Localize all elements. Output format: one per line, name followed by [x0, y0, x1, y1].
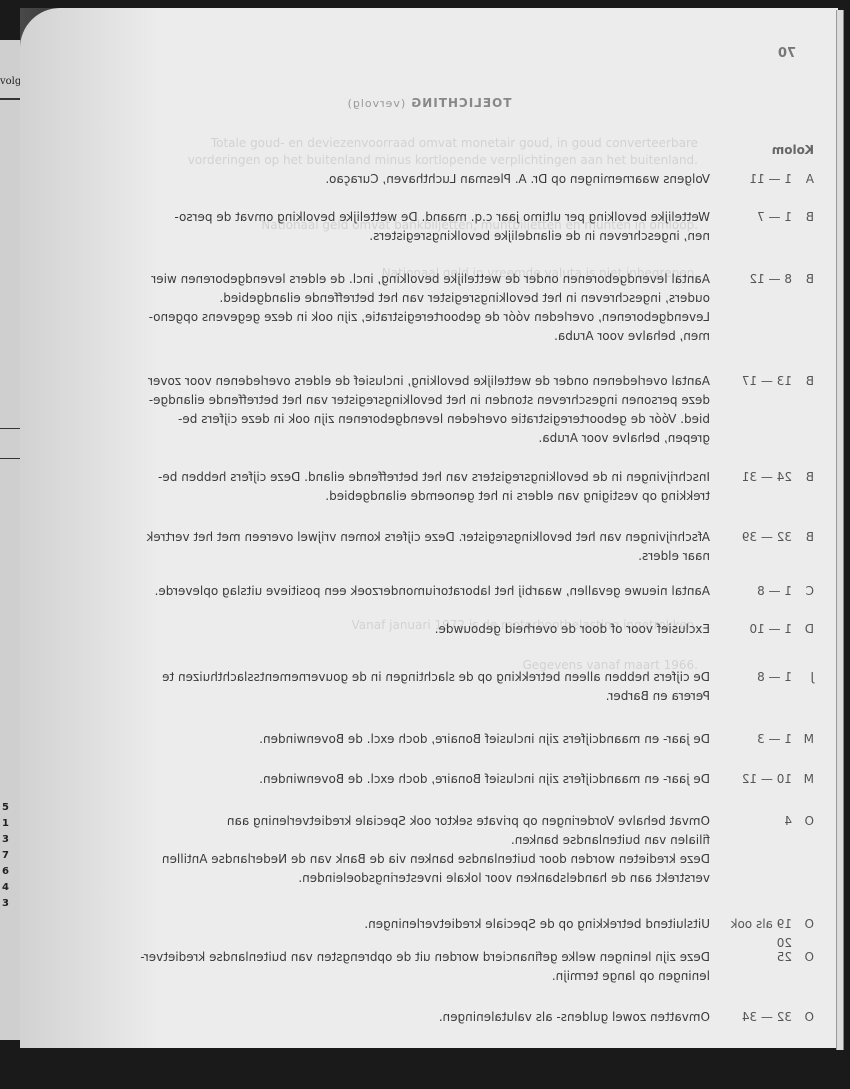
table-letter: A [794, 170, 814, 189]
explanation-line: naar elders. [90, 547, 710, 566]
explanation-line: Omvatten zowel guldens- als valutalening… [90, 1008, 710, 1027]
explanation-line: grepen, behalve voor Aruba. [90, 429, 710, 448]
explanation-text: De cijfers hebben alleen betrekking op d… [90, 668, 710, 706]
column-range: 25 [712, 948, 792, 967]
explanation-line: Deze kredieten worden door buitenlandse … [90, 850, 710, 869]
explanation-line: bied. Vóór de geboorteregistratie overle… [90, 410, 710, 429]
divider [0, 98, 20, 100]
table-letter: B [794, 208, 814, 227]
table-letter: O [794, 812, 814, 831]
title-continuation: (vervolg) [347, 97, 406, 110]
explanation-text: Deze zijn leningen welke gefinancierd wo… [90, 948, 710, 986]
explanation-line: trekking op vestiging van elders in het … [90, 487, 710, 506]
column-range: 32 — 39 [712, 528, 792, 547]
page-stack-edge [836, 10, 844, 1050]
adjacent-page-number: 3 [2, 896, 18, 912]
explanation-line: deze personen ingeschreven stonden in he… [90, 391, 710, 410]
adjacent-page-number: 3 [2, 832, 18, 848]
explanation-line: Aantal levendgeborenen onder de wettelij… [90, 270, 710, 289]
explanation-text: Afschrijvingen van het bevolkingsregiste… [90, 528, 710, 566]
column-range: 1 — 8 [712, 668, 792, 687]
table-letter: D [794, 620, 814, 639]
adjacent-page-header-fragment: volg [0, 76, 21, 87]
explanation-line: men, behalve voor Aruba. [90, 327, 710, 346]
column-range: 4 [712, 812, 792, 831]
table-letter: M [794, 770, 814, 789]
column-range: 13 — 17 [712, 372, 792, 391]
adjacent-page-number: 6 [2, 864, 18, 880]
explanation-line: De jaar- en maandcijfers zijn inclusief … [90, 770, 710, 789]
adjacent-page-number: 5 [2, 800, 18, 816]
adjacent-page-number: 1 [2, 816, 18, 832]
page-gutter-shadow [20, 8, 160, 1048]
table-letter: C [794, 582, 814, 601]
explanation-line: Uitsluitend betrekking op de Speciale kr… [90, 915, 710, 934]
column-range: 24 — 31 [712, 468, 792, 487]
explanation-line: Volgens waarnemingen op Dr. A. Plesman L… [90, 170, 710, 189]
explanation-text: Volgens waarnemingen op Dr. A. Plesman L… [90, 170, 710, 189]
adjacent-page-edge: volg 5137643 [0, 40, 22, 1040]
explanation-line: De jaar- en maandcijfers zijn inclusief … [90, 730, 710, 749]
explanation-line: Aantal overledenen onder de wettelijke b… [90, 372, 710, 391]
column-range: 1 — 7 [712, 208, 792, 227]
adjacent-page-number: 4 [2, 880, 18, 896]
column-range: 1 — 3 [712, 730, 792, 749]
table-letter: B [794, 270, 814, 289]
explanation-line: ouders, ingeschreven in het bevolkingsre… [90, 289, 710, 308]
column-range: 1 — 10 [712, 620, 792, 639]
explanation-line: Exclusief voor of door de overheid gebou… [90, 620, 710, 639]
adjacent-page-numbers: 5137643 [2, 800, 18, 912]
explanation-line: Deze zijn leningen welke gefinancierd wo… [90, 948, 710, 967]
explanation-line: nen, ingeschreven in de eilandelijke bev… [90, 227, 710, 246]
column-header: Kolom [772, 143, 814, 157]
explanation-text: De jaar- en maandcijfers zijn inclusief … [90, 730, 710, 749]
adjacent-page-number: 7 [2, 848, 18, 864]
explanation-line: De cijfers hebben alleen betrekking op d… [90, 668, 710, 687]
page-number: 70 [778, 46, 796, 61]
explanation-text: Wettelijke bevolking per ultimo jaar c.q… [90, 208, 710, 246]
explanation-text: Inschrijvingen in de bevolkingsregisters… [90, 468, 710, 506]
divider [0, 428, 20, 429]
table-letter: B [794, 372, 814, 391]
explanation-line: Inschrijvingen in de bevolkingsregisters… [90, 468, 710, 487]
column-range: 1 — 8 [712, 582, 792, 601]
table-letter: O [794, 1008, 814, 1027]
column-range: 32 — 34 [712, 1008, 792, 1027]
explanation-line: leningen op lange termijn. [90, 967, 710, 986]
explanation-text: De jaar- en maandcijfers zijn inclusief … [90, 770, 710, 789]
explanation-line: Afschrijvingen van het bevolkingsregiste… [90, 528, 710, 547]
explanation-text: Aantal nieuwe gevallen, waarbij het labo… [90, 582, 710, 601]
column-range: 10 — 12 [712, 770, 792, 789]
explanation-text: Exclusief voor of door de overheid gebou… [90, 620, 710, 639]
title-text: TOELICHTING [410, 96, 511, 110]
table-letter: O [794, 948, 814, 967]
column-range: 1 — 11 [712, 170, 792, 189]
table-letter: B [794, 468, 814, 487]
explanation-text: Aantal overledenen onder de wettelijke b… [90, 372, 710, 448]
explanation-text: Aantal levendgeborenen onder de wettelij… [90, 270, 710, 346]
explanation-text: Omvatten zowel guldens- als valutalening… [90, 1008, 710, 1027]
table-letter: B [794, 528, 814, 547]
explanation-line: Wettelijke bevolking per ultimo jaar c.q… [90, 208, 710, 227]
explanation-line: Perera en Barber. [90, 687, 710, 706]
table-letter: M [794, 730, 814, 749]
column-range: 8 — 12 [712, 270, 792, 289]
explanation-text: Uitsluitend betrekking op de Speciale kr… [90, 915, 710, 934]
explanation-line: Aantal nieuwe gevallen, waarbij het labo… [90, 582, 710, 601]
explanation-line: Levendgeborenen, overleden vóór de geboo… [90, 308, 710, 327]
explanation-line: Omvat behalve Vorderingen op private sek… [90, 812, 710, 831]
table-letter: O [794, 915, 814, 934]
bleed-through-line: vorderingen op het buitenland minus kort… [188, 153, 698, 167]
explanation-line: verstrekt aan de handelsbanken voor loka… [90, 869, 710, 888]
table-letter: J [794, 668, 814, 687]
explanation-line: filialen van buitenlandse banken. [90, 831, 710, 850]
explanation-text: Omvat behalve Vorderingen op private sek… [90, 812, 710, 888]
bleed-through-line: Totale goud- en deviezenvoorraad omvat m… [211, 136, 698, 150]
divider [0, 458, 20, 459]
